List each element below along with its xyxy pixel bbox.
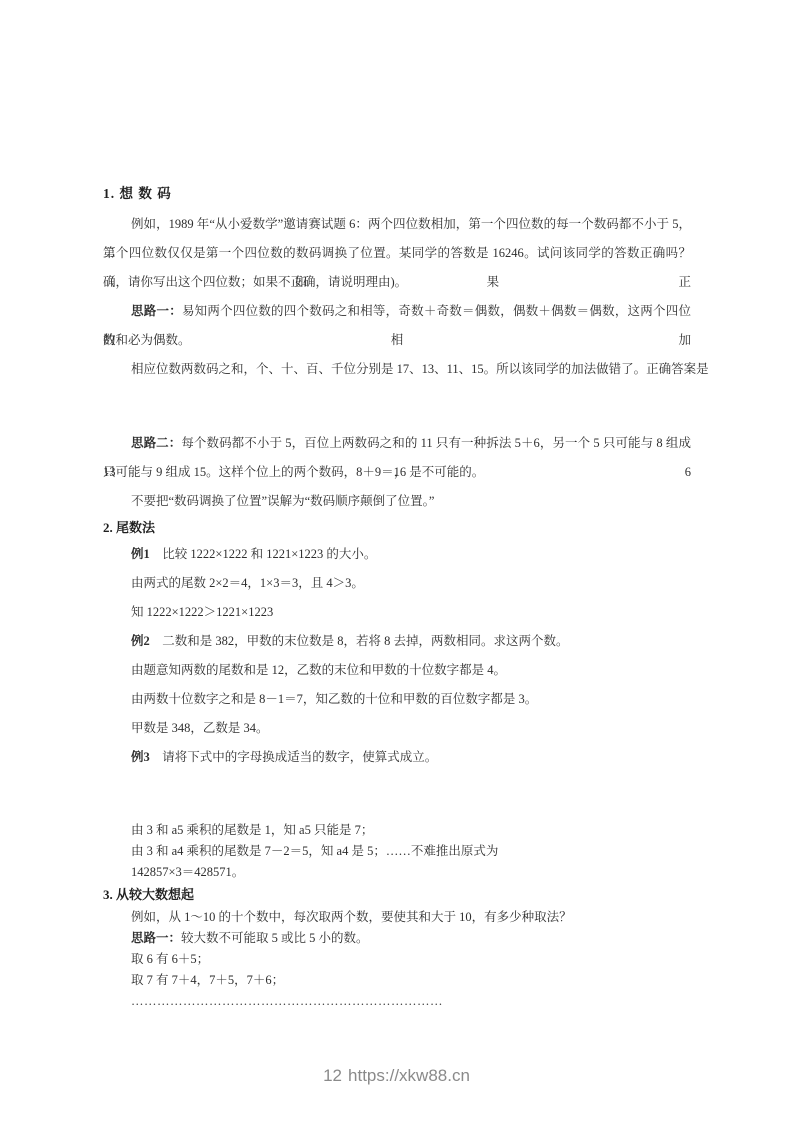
text-line: 取 6 有 6＋5； <box>103 949 691 970</box>
line-lead: 例1 <box>131 547 150 561</box>
line-lead: 思路一： <box>131 931 181 945</box>
text-line: 不要把“数码调换了位置”误解为“数码顺序颠倒了位置。” <box>103 487 691 516</box>
text-line: 例如，从 1～10 的十个数中，每次取两个数，要使其和大于 10，有多少种取法？ <box>103 907 691 928</box>
text-line: 142857×3＝428571。 <box>103 862 691 883</box>
omitted-formula-area <box>103 384 691 429</box>
watermark-url: https://xkw88.cn <box>348 1066 470 1085</box>
omitted-formula-area <box>103 772 691 820</box>
text-line: 甲数是 348，乙数是 34。 <box>103 714 691 743</box>
text-line: 例3 请将下式中的字母换成适当的数字，使算式成立。 <box>103 743 691 772</box>
section-heading-3: 3. 从较大数想起 <box>103 883 691 907</box>
text-line: 例2 二数和是 382，甲数的末位数是 8，若将 8 去掉，两数相同。求这两个数… <box>103 627 691 656</box>
line-lead: 例3 <box>131 750 150 764</box>
page-number: 12 <box>323 1066 342 1085</box>
line-lead: 思路二： <box>131 436 181 450</box>
text-line: 相应位数两数码之和，个、十、百、千位分别是 17、13、11、15。所以该同学的… <box>103 355 691 384</box>
section-heading-1: 1. 想 数 码 <box>103 178 691 210</box>
text-line: 由 3 和 a4 乘积的尾数是 7－2＝5，知 a4 是 5；……不难推出原式为 <box>103 841 691 862</box>
text-line: 例如，1989 年“从小爱数学”邀请赛试题 6：两个四位数相加，第一个四位数的每… <box>103 210 691 239</box>
text-line: 由题意知两数的尾数和是 12，乙数的末位和甲数的十位数字都是 4。 <box>103 656 691 685</box>
line-lead: 思路一： <box>131 304 182 318</box>
text-line: 由 3 和 a5 乘积的尾数是 1，知 a5 只能是 7； <box>103 820 691 841</box>
page-footer: 12https://xkw88.cn <box>0 1066 793 1086</box>
document-page: 1. 想 数 码例如，1989 年“从小爱数学”邀请赛试题 6：两个四位数相加，… <box>0 0 793 1122</box>
text-line: 二个四位数仅仅是第一个四位数的数码调换了位置。某同学的答数是 16246。试问该… <box>103 239 691 268</box>
text-line: 取 7 有 7＋4，7＋5，7＋6； <box>103 970 691 991</box>
text-line: 由两式的尾数 2×2＝4，1×3＝3，且 4＞3。 <box>103 569 691 598</box>
line-lead: 例2 <box>131 634 150 648</box>
section-heading-2: 2. 尾数法 <box>103 516 691 540</box>
ellipsis-line: ……………………………………………………………… <box>103 991 691 1012</box>
document-body: 1. 想 数 码例如，1989 年“从小爱数学”邀请赛试题 6：两个四位数相加，… <box>103 178 691 1012</box>
text-line: 思路一：较大数不可能取 5 或比 5 小的数。 <box>103 928 691 949</box>
text-line: 例1 比较 1222×1222 和 1221×1223 的大小。 <box>103 540 691 569</box>
text-line: 知 1222×1222＞1221×1223 <box>103 598 691 627</box>
text-line: 思路一：易知两个四位数的四个数码之和相等，奇数＋奇数＝偶数，偶数＋偶数＝偶数，这… <box>103 297 691 326</box>
text-line: 思路二：每个数码都不小于 5，百位上两数码之和的 11 只有一种拆法 5＋6，另… <box>103 429 691 458</box>
text-line: 由两数十位数字之和是 8－1＝7，知乙数的十位和甲数的百位数字都是 3。 <box>103 685 691 714</box>
